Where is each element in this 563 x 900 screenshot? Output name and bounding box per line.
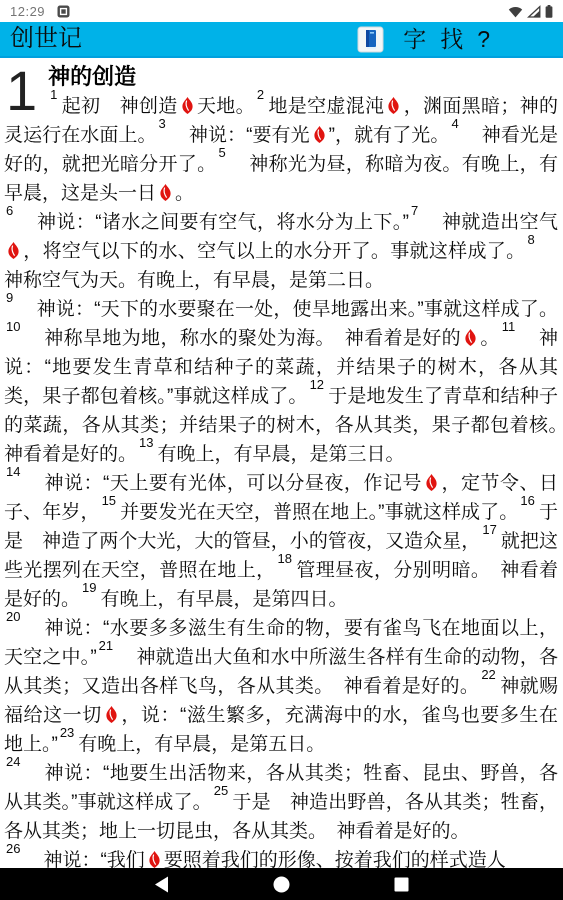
verse-number: 16 (520, 493, 534, 508)
notification-app-icon (57, 5, 70, 18)
bible-paragraph: 24 神说：“地要生出活物来，各从其类；牲畜、昆虫、野兽，各从其类。”事就这样成… (4, 759, 558, 846)
verse-number: 25 (214, 783, 228, 798)
dictionary-book-icon[interactable] (357, 26, 384, 53)
book-title[interactable]: 创世记 (10, 22, 82, 56)
back-button[interactable] (153, 875, 171, 893)
search-button[interactable]: 找 (433, 22, 470, 56)
verse-number: 12 (310, 377, 324, 392)
verse-number: 23 (60, 725, 74, 740)
verse-number: 6 (6, 203, 13, 218)
footnote-marker-icon[interactable] (387, 97, 400, 114)
bible-paragraph: 14 神说：“天上要有光体，可以分昼夜，作记号，定节令、日子、年岁，15并要发光… (4, 469, 558, 614)
bible-paragraph: 9 神说：“天下的水要聚在一处，使旱地露出来。”事就这样成了。10 神称旱地为地… (4, 295, 558, 469)
verse-number: 22 (481, 667, 495, 682)
verse-number: 1 (50, 87, 57, 102)
verse-number: 18 (278, 551, 292, 566)
android-nav-bar (0, 868, 563, 900)
verse-number: 5 (218, 145, 225, 160)
bible-paragraph: 6 神说：“诸水之间要有空气，将水分为上下。”7 神就造出空气，将空气以下的水、… (4, 208, 558, 295)
verse-number: 21 (99, 638, 113, 653)
status-icons (508, 5, 553, 18)
footnote-marker-icon[interactable] (464, 329, 477, 346)
verse-number: 2 (257, 87, 264, 102)
verse-number: 19 (82, 580, 96, 595)
bible-paragraph: 26 神说：“我们要照着我们的形像、按着我们的样式造人 (4, 846, 558, 868)
verse-number: 4 (451, 116, 458, 131)
verse-number: 10 (6, 319, 20, 334)
bible-paragraph: 1起初 神创造天地。2地是空虚混沌，渊面黑暗；神的灵运行在水面上。3 神说：“要… (4, 92, 558, 208)
verse-number: 14 (6, 464, 20, 479)
font-settings-button[interactable]: 字 (396, 22, 433, 56)
clock: 12:29 (10, 4, 45, 19)
verse-number: 3 (159, 116, 166, 131)
verse-number: 26 (6, 841, 20, 856)
verse-number: 8 (527, 232, 534, 247)
verse-number: 24 (6, 754, 20, 769)
verse-number: 20 (6, 609, 20, 624)
verse-number: 7 (411, 203, 418, 218)
section-heading: 神的创造 (4, 61, 558, 92)
app-bar: 创世记 字 找 ? (0, 22, 563, 58)
help-button[interactable]: ? (470, 22, 497, 56)
bible-paragraph: 20 神说：“水要多多滋生有生命的物，要有雀鸟飞在地面以上，天空之中。”21 神… (4, 614, 558, 759)
app-screen: 12:29 创世记 字 找 ? 1 神的创造 1起初 神创造天地。2地是空虚混沌… (0, 0, 563, 900)
scripture-scroll-area[interactable]: 1 神的创造 1起初 神创造天地。2地是空虚混沌，渊面黑暗；神的灵运行在水面上。… (0, 58, 563, 868)
footnote-marker-icon[interactable] (159, 184, 172, 201)
footnote-marker-icon[interactable] (105, 706, 118, 723)
verse-number: 11 (502, 319, 516, 334)
footnote-marker-icon[interactable] (148, 851, 161, 868)
footnote-marker-icon[interactable] (313, 126, 326, 143)
status-bar: 12:29 (0, 0, 563, 22)
footnote-marker-icon[interactable] (7, 242, 20, 259)
cellular-signal-icon (527, 5, 541, 18)
verse-number: 9 (6, 290, 13, 305)
verse-text: 1起初 神创造天地。2地是空虚混沌，渊面黑暗；神的灵运行在水面上。3 神说：“要… (4, 92, 558, 868)
recents-button[interactable] (393, 875, 411, 893)
verse-number: 15 (102, 493, 116, 508)
battery-icon (545, 5, 553, 18)
verse-number: 13 (139, 435, 153, 450)
footnote-marker-icon[interactable] (181, 97, 194, 114)
footnote-marker-icon[interactable] (425, 474, 438, 491)
chapter-number: 1 (4, 61, 48, 119)
app-bar-actions: 字 找 ? (357, 22, 497, 56)
home-button[interactable] (273, 875, 291, 893)
wifi-icon (508, 5, 523, 18)
verse-number: 17 (482, 522, 496, 537)
